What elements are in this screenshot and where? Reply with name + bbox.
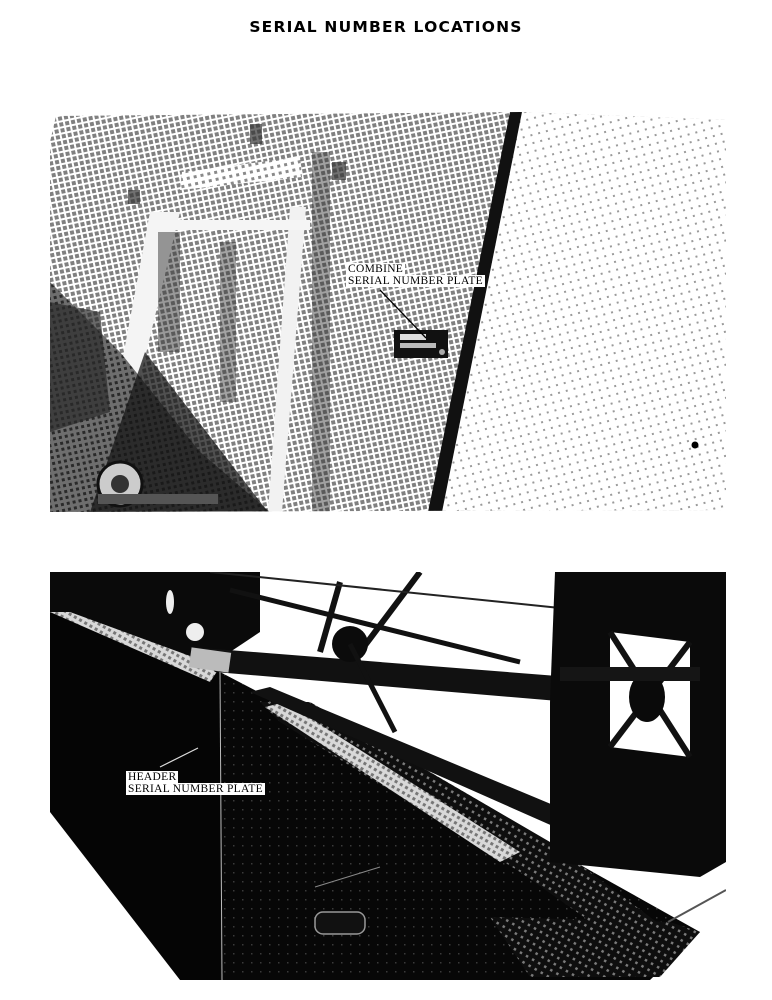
combine-callout-line1: COMBINE <box>346 263 405 275</box>
header-callout-line2: SERIAL NUMBER PLATE <box>126 783 265 795</box>
header-serial-plate-callout: HEADER SERIAL NUMBER PLATE <box>126 771 265 795</box>
combine-photo <box>50 112 726 512</box>
header-callout-line1: HEADER <box>126 771 178 783</box>
combine-callout-line2: SERIAL NUMBER PLATE <box>346 275 485 287</box>
page-title: SERIAL NUMBER LOCATIONS <box>0 18 772 36</box>
combine-serial-plate-callout: COMBINE SERIAL NUMBER PLATE <box>346 263 485 287</box>
